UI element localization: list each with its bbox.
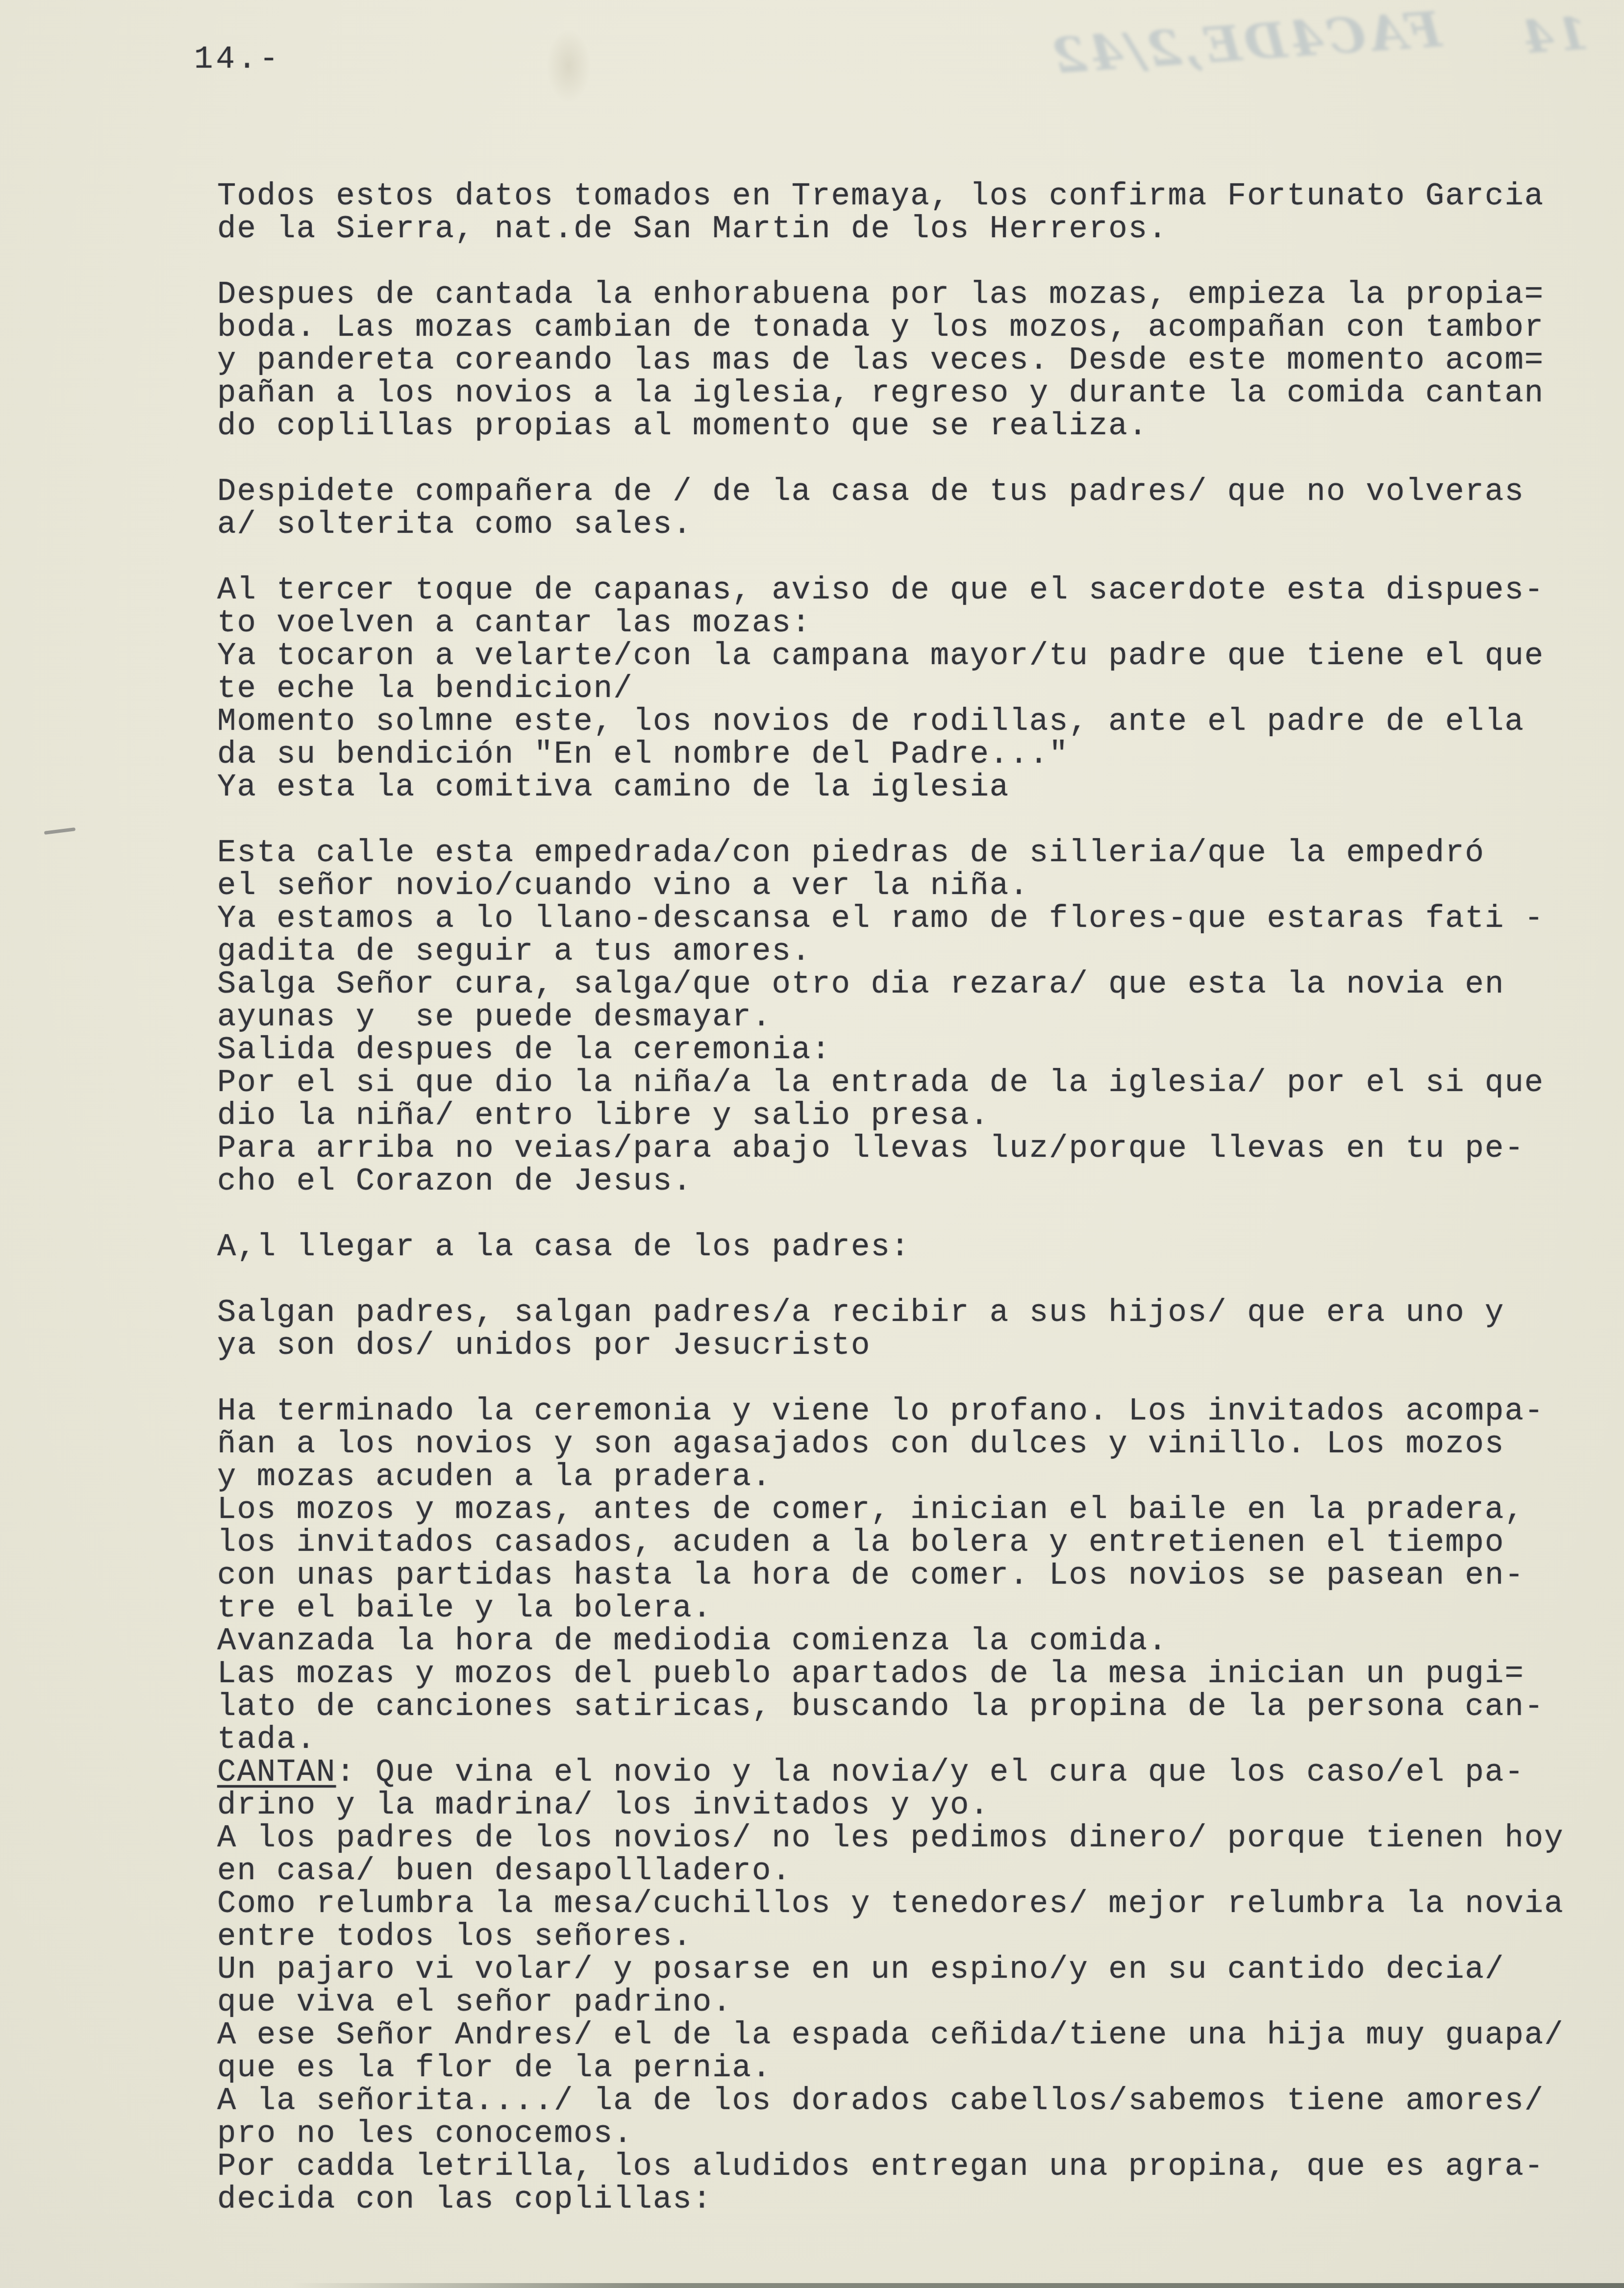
paragraph-salgan-padres: Salgan padres, salgan padres/a recibir a… <box>217 1297 1624 1363</box>
paper-blemish <box>547 29 591 103</box>
annotation-page-number: 14 <box>1518 6 1590 64</box>
paragraph-confirmation: Todos estos datos tomados en Tremaya, lo… <box>217 180 1624 246</box>
cantan-heading: CANTAN <box>217 1755 336 1791</box>
scan-edge <box>0 2283 1624 2288</box>
paragraph-text: Todos estos datos tomados en Tremaya, lo… <box>217 179 1544 247</box>
page-number: 14.- <box>194 42 281 77</box>
document-body: Todos estos datos tomados en Tremaya, lo… <box>217 180 1624 2216</box>
annotation-archive-code: FAC4DE,2/42 <box>1048 0 1443 85</box>
paragraph-text: A,l llegar a la casa de los padres: <box>217 1230 910 1265</box>
paragraph-despidete-copla: Despidete compañera de / de la casa de t… <box>217 476 1624 542</box>
bleedthrough-annotation: FAC4DE,2/42 14 <box>1020 0 1624 93</box>
paragraph-tercer-toque: Al tercer toque de capanas, aviso de que… <box>217 574 1624 804</box>
margin-dash-mark <box>44 827 75 835</box>
paragraph-text: Esta calle esta empedrada/con piedras de… <box>217 836 1544 1199</box>
paragraph-camino-iglesia-coplas: Esta calle esta empedrada/con piedras de… <box>217 837 1624 1198</box>
paragraph-text: Despidete compañera de / de la casa de t… <box>217 474 1524 543</box>
paragraph-fiesta-y-cantan: Ha terminado la ceremonia y viene lo pro… <box>217 1395 1624 2216</box>
paragraph-text: Salgan padres, salgan padres/a recibir a… <box>217 1295 1504 1364</box>
typewritten-page: 14.- FAC4DE,2/42 14 Todos estos datos to… <box>0 0 1624 2288</box>
paragraph-text-post: : Que vina el novio y la novia/y el cura… <box>217 1755 1564 2217</box>
paragraph-text: Despues de cantada la enhorabuena por la… <box>217 277 1544 444</box>
paragraph-boda: Despues de cantada la enhorabuena por la… <box>217 279 1624 443</box>
paragraph-llegar-casa-padres: A,l llegar a la casa de los padres: <box>217 1231 1624 1264</box>
paragraph-text: Al tercer toque de capanas, aviso de que… <box>217 573 1544 805</box>
paragraph-text-pre: Ha terminado la ceremonia y viene lo pro… <box>217 1394 1544 1758</box>
